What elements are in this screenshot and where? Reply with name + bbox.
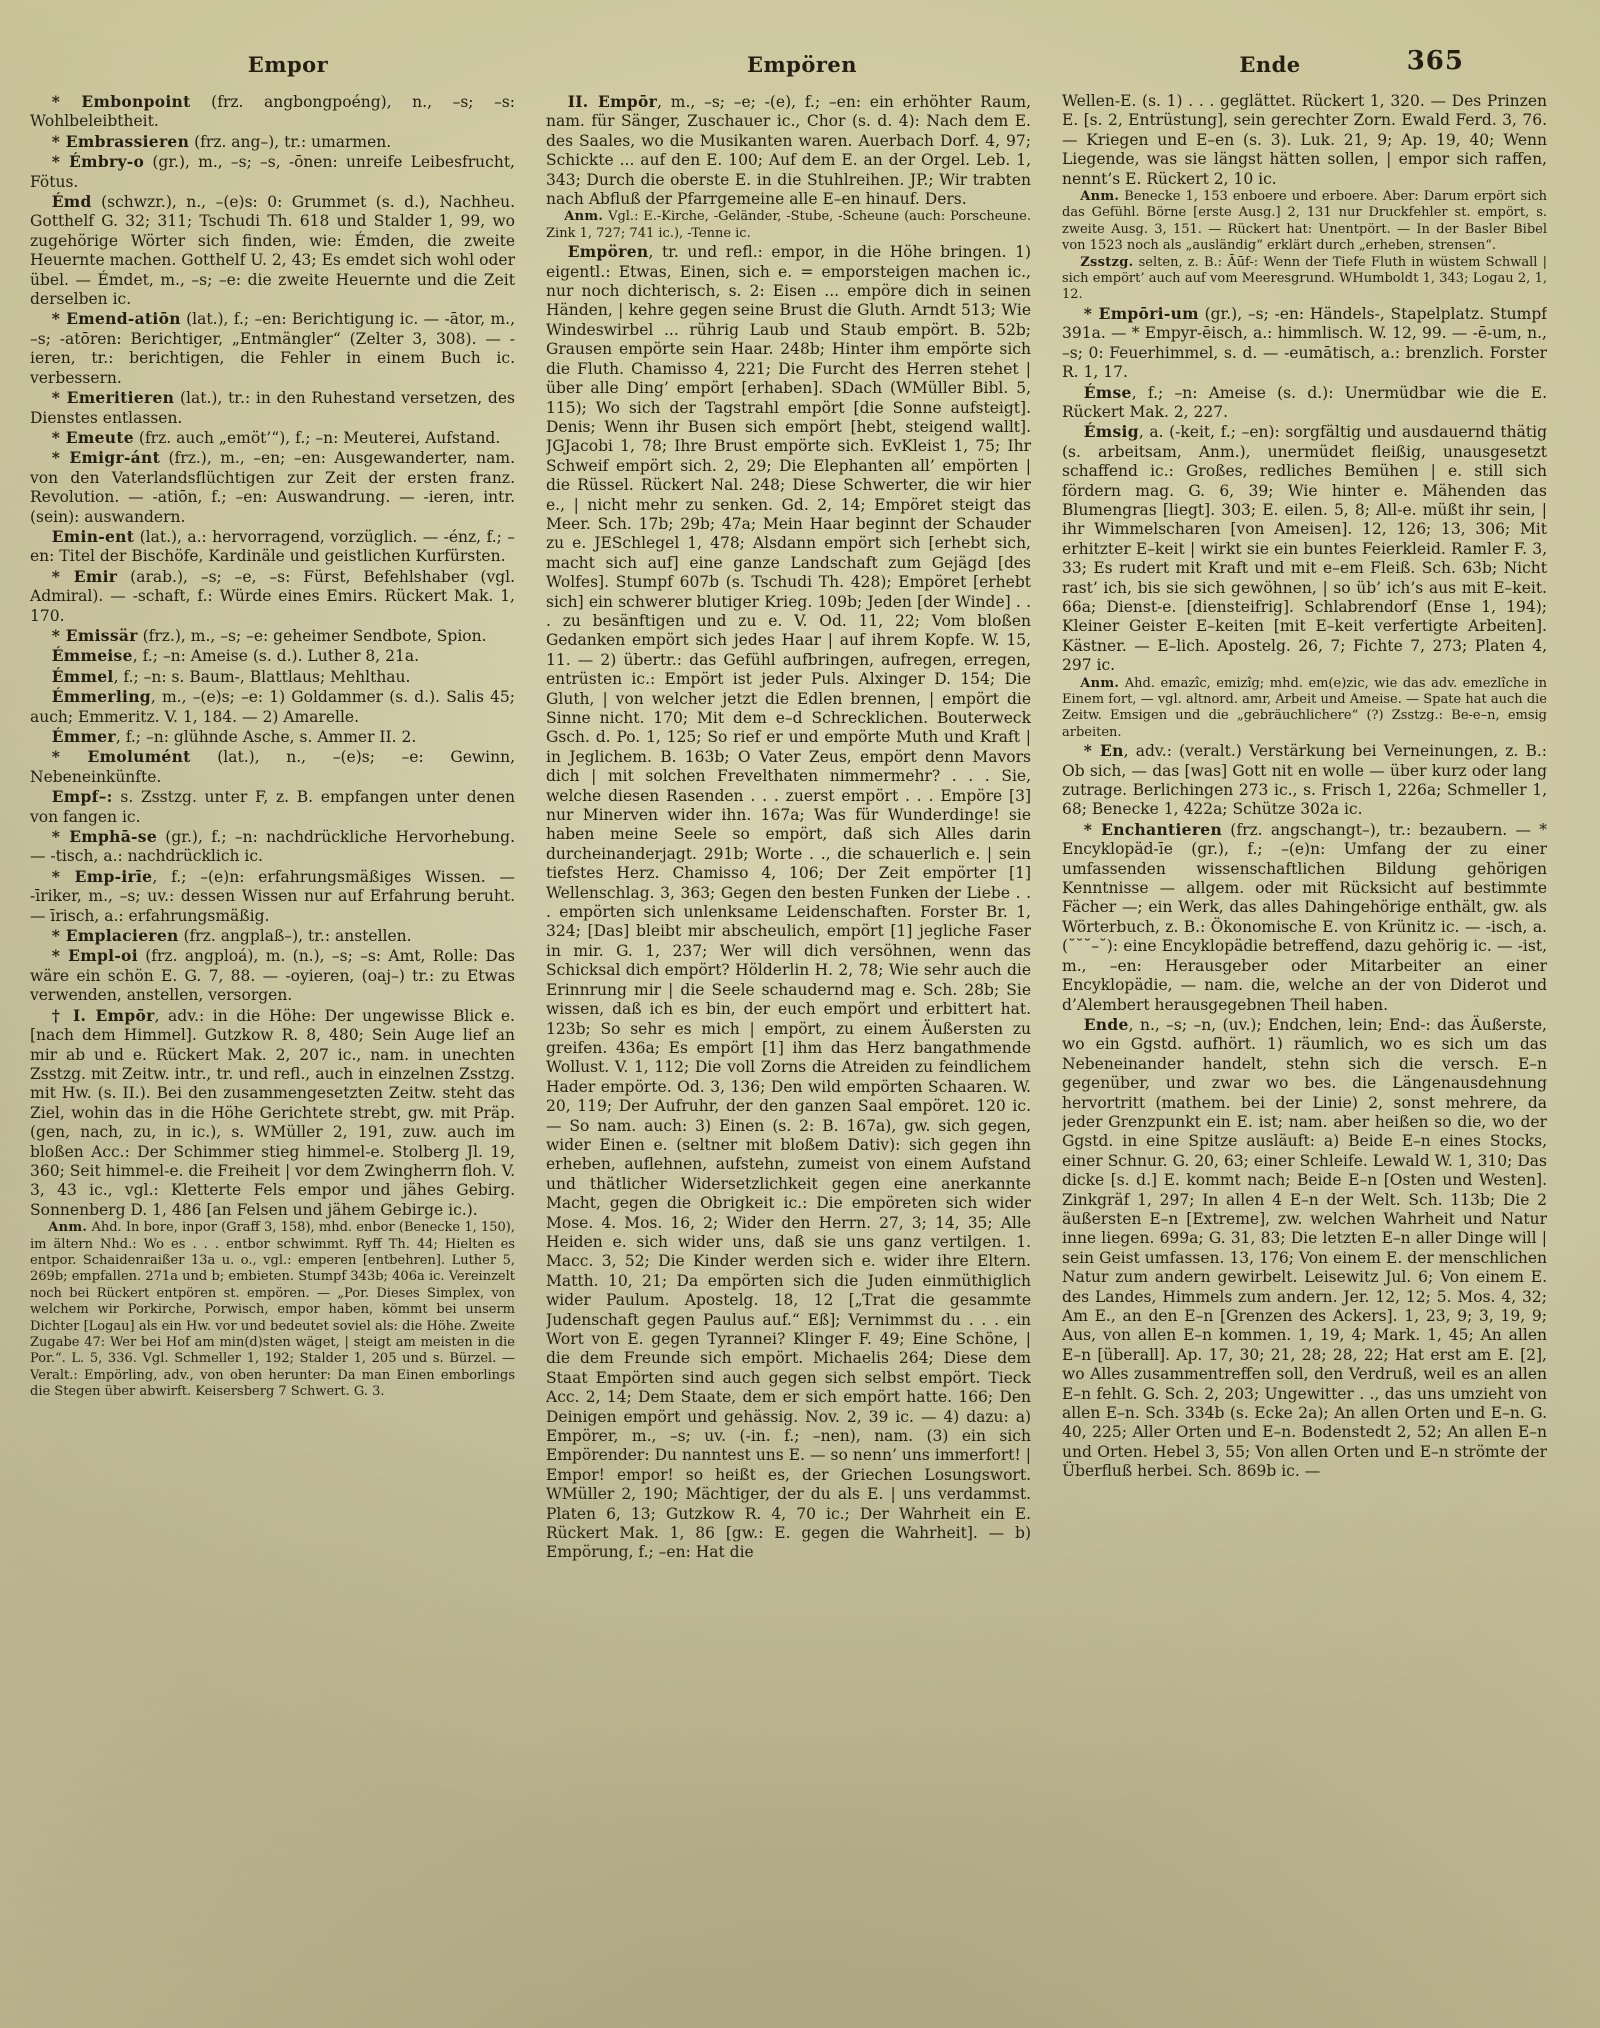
headword: * Emplacieren bbox=[52, 926, 179, 945]
headword: Anm. bbox=[48, 1220, 87, 1235]
paragraph: Empören, tr. und refl.: empor, in die Hö… bbox=[546, 242, 1031, 1563]
headword: * Embonpoint bbox=[52, 92, 191, 111]
paragraph: * Emir (arab.), –s; –e, –s: Fürst, Befeh… bbox=[30, 567, 515, 626]
paragraph: * Emplacieren (frz. angplaß–), tr.: anst… bbox=[30, 926, 515, 946]
text-columns: * Embonpoint (frz. angbongpoéng), n., –s… bbox=[30, 92, 1574, 2002]
paragraph: Émmel, f.; –n: s. Baum-, Blattlaus; Mehl… bbox=[30, 667, 515, 687]
paragraph: * Emend-atiōn (lat.), f.; –en: Berichtig… bbox=[30, 309, 515, 388]
column-2: II. Empōr, m., –s; –e; -(e), f.; –en: ei… bbox=[546, 92, 1031, 2002]
headword: Emin-ent bbox=[52, 527, 135, 546]
paragraph: * Empōri-um (gr.), –s; -en: Händels-, St… bbox=[1062, 304, 1547, 383]
headword: * Emp-irīe bbox=[52, 867, 153, 886]
headword: Zsstzg. bbox=[1080, 255, 1133, 270]
paragraph: * Émbry-o (gr.), m., –s; –s, -ōnen: unre… bbox=[30, 152, 515, 192]
headword: Empf–: bbox=[52, 787, 113, 806]
headword: Ende bbox=[1084, 1015, 1129, 1034]
headword: Émmerling bbox=[52, 687, 151, 706]
paragraph: * Emigr-ánt (frz.), m., –en; –en: Ausgew… bbox=[30, 448, 515, 527]
column-1: * Embonpoint (frz. angbongpoéng), n., –s… bbox=[30, 92, 515, 2002]
paragraph: Émsig, a. (-keit, f.; –en): sorgfältig u… bbox=[1062, 422, 1547, 675]
headword: * En bbox=[1084, 741, 1124, 760]
headword: * Emeute bbox=[52, 428, 134, 447]
paragraph: Anm. Ahd. In bore, inpor (Graff 3, 158),… bbox=[30, 1220, 515, 1400]
paragraph: * Emphā-se (gr.), f.; –n: nachdrückliche… bbox=[30, 827, 515, 867]
headword: II. Empōr bbox=[568, 92, 657, 111]
running-head-left: Empor bbox=[248, 52, 328, 77]
headword: Émse bbox=[1084, 383, 1132, 402]
headword: Anm. bbox=[1080, 676, 1119, 691]
headword: * Empl-oi bbox=[52, 946, 138, 965]
headword: * Enchantieren bbox=[1084, 820, 1222, 839]
headword: * Emolumént bbox=[52, 747, 191, 766]
headword: * Embrassieren bbox=[52, 132, 189, 151]
paragraph: Emin-ent (lat.), a.: hervorragend, vorzü… bbox=[30, 527, 515, 567]
paragraph: Empf–: s. Zsstzg. unter F, z. B. empfang… bbox=[30, 787, 515, 827]
headword: * Emeritieren bbox=[52, 388, 175, 407]
dictionary-page: Empor Empören Ende 365 * Embonpoint (frz… bbox=[0, 0, 1600, 2028]
headword: * Emir bbox=[52, 567, 118, 586]
paragraph: * Emissär (frz.), m., –s; –e: geheimer S… bbox=[30, 626, 515, 646]
paragraph: Émmeise, f.; –n: Ameise (s. d.). Luther … bbox=[30, 646, 515, 666]
headword: * Empōri-um bbox=[1084, 304, 1199, 323]
paragraph: * Embonpoint (frz. angbongpoéng), n., –s… bbox=[30, 92, 515, 132]
headword: Empören bbox=[568, 242, 649, 261]
paragraph: Wellen-E. (s. 1) . . . geglättet. Rücker… bbox=[1062, 92, 1547, 189]
paragraph: Zsstzg. selten, z. B.: Āūf-: Wenn der Ti… bbox=[1062, 255, 1547, 304]
paragraph: Anm. Vgl.: E.-Kirche, -Geländer, -Stube,… bbox=[546, 209, 1031, 242]
headword: * Emissär bbox=[52, 626, 138, 645]
paragraph: Anm. Benecke 1, 153 enboere und erboere.… bbox=[1062, 189, 1547, 255]
headword: Émmel bbox=[52, 667, 114, 686]
headword: Émd bbox=[52, 192, 92, 211]
paragraph: * Embrassieren (frz. ang–), tr.: umarmen… bbox=[30, 132, 515, 152]
paragraph: Émse, f.; –n: Ameise (s. d.): Unermüdbar… bbox=[1062, 383, 1547, 423]
paragraph: * Emeute (frz. auch „emöt’“), f.; –n: Me… bbox=[30, 428, 515, 448]
column-3: Wellen-E. (s. 1) . . . geglättet. Rücker… bbox=[1062, 92, 1547, 2002]
paragraph: Ende, n., –s; –n, (uv.); Endchen, lein; … bbox=[1062, 1015, 1547, 1482]
headword: * Emigr-ánt bbox=[52, 448, 160, 467]
headword: * Emend-atiōn bbox=[52, 309, 181, 328]
paragraph: II. Empōr, m., –s; –e; -(e), f.; –en: ei… bbox=[546, 92, 1031, 209]
running-head-right: Ende bbox=[1239, 52, 1300, 77]
paragraph: Émmerling, m., –(e)s; –e: 1) Goldammer (… bbox=[30, 687, 515, 727]
headword: Émsig bbox=[1084, 422, 1139, 441]
paragraph: Émd (schwzr.), n., –(e)s: 0: Grummet (s.… bbox=[30, 192, 515, 309]
headword: Anm. bbox=[1080, 189, 1119, 204]
paragraph: † I. Empōr, adv.: in die Höhe: Der ungew… bbox=[30, 1006, 515, 1220]
running-head-center: Empören bbox=[747, 52, 857, 77]
paragraph: * Emp-irīe, f.; –(e)n: erfahrungsmäßiges… bbox=[30, 867, 515, 926]
headword: * Emphā-se bbox=[52, 827, 157, 846]
paragraph: * Enchantieren (frz. angschangt–), tr.: … bbox=[1062, 820, 1547, 1015]
headword: Émmeise bbox=[52, 646, 133, 665]
running-head: Empor Empören Ende 365 bbox=[30, 0, 1574, 92]
headword: * Émbry-o bbox=[52, 152, 144, 171]
page-number: 365 bbox=[1407, 46, 1464, 76]
paragraph: * Emolumént (lat.), n., –(e)s; –e: Gewin… bbox=[30, 747, 515, 787]
paragraph: Anm. Ahd. emazîc, emizîg; mhd. em(e)zic,… bbox=[1062, 676, 1547, 742]
headword: † I. Empōr bbox=[52, 1006, 155, 1025]
paragraph: Émmer, f.; –n: glühnde Asche, s. Ammer I… bbox=[30, 727, 515, 747]
headword: Anm. bbox=[564, 209, 603, 224]
paragraph: * Empl-oi (frz. angploá), m. (n.), –s; –… bbox=[30, 946, 515, 1005]
paragraph: * Emeritieren (lat.), tr.: in den Ruhest… bbox=[30, 388, 515, 428]
headword: Émmer bbox=[52, 727, 116, 746]
paragraph: * En, adv.: (veralt.) Verstärkung bei Ve… bbox=[1062, 741, 1547, 820]
